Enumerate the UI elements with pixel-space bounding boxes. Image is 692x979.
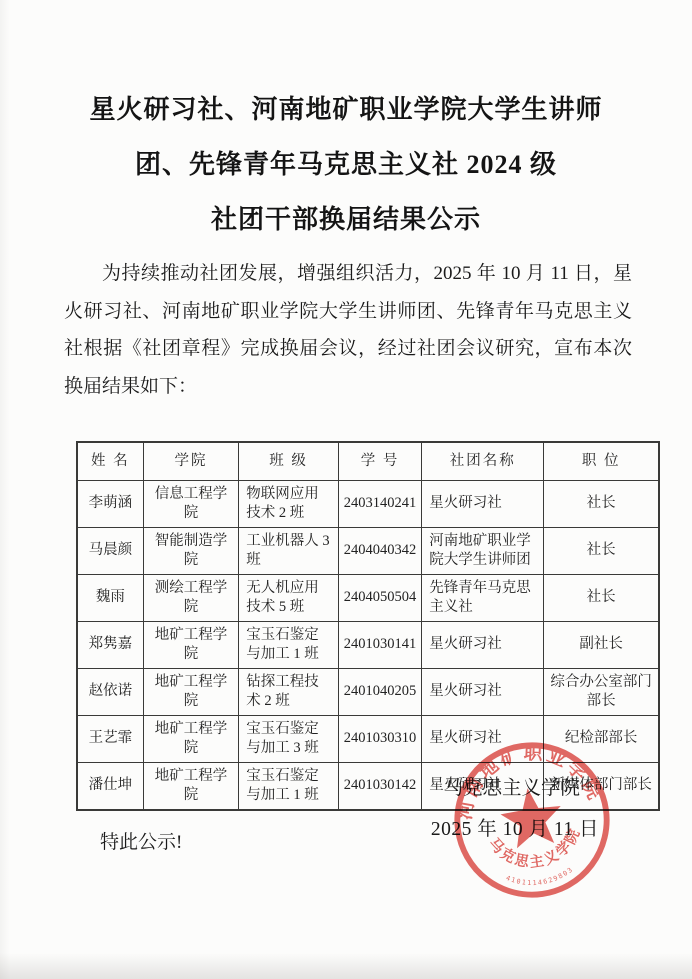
cell-college: 地矿工程学院 (143, 668, 239, 715)
table-row: 马晨颜 智能制造学院 工业机器人 3 班 2404040342 河南地矿职业学院… (77, 527, 659, 574)
table-row: 赵依诺 地矿工程学院 钻探工程技术 2 班 2401040205 星火研习社 综… (77, 668, 659, 715)
title-line-1: 星火研习社、河南地矿职业学院大学生讲师 (0, 82, 692, 137)
scanned-announcement-page: { "document": { "title_lines": [ "星火研习社、… (0, 0, 692, 979)
cell-name: 王艺霏 (77, 715, 143, 762)
cell-club: 星火研习社 (422, 621, 544, 668)
table-row: 李萌涵 信息工程学院 物联网应用技术 2 班 2403140241 星火研习社 … (77, 480, 659, 527)
cell-class: 工业机器人 3 班 (239, 527, 339, 574)
cell-club: 星火研习社 (422, 715, 544, 762)
title-line-3: 社团干部换届结果公示 (0, 192, 692, 247)
cell-position: 副社长 (544, 621, 659, 668)
cell-position: 社长 (544, 527, 659, 574)
cell-student-id: 2401040205 (338, 668, 422, 715)
cell-class: 宝玉石鉴定与加工 1 班 (239, 621, 339, 668)
signature-date: 2025 年 10 月 11 日 (431, 813, 599, 841)
title-line-2: 团、先锋青年马克思主义社 2024 级 (0, 137, 692, 192)
col-header-college: 学院 (143, 442, 239, 480)
cell-college: 地矿工程学院 (143, 715, 239, 762)
table-row: 王艺霏 地矿工程学院 宝玉石鉴定与加工 3 班 2401030310 星火研习社… (77, 715, 659, 762)
col-header-class: 班 级 (239, 442, 339, 480)
cell-class: 宝玉石鉴定与加工 3 班 (239, 715, 339, 762)
svg-text:4101114629803: 4101114629803 (504, 865, 577, 892)
cell-club: 星火研习社 (422, 668, 544, 715)
col-header-club: 社团名称 (422, 442, 544, 480)
cell-class: 钻探工程技术 2 班 (239, 668, 339, 715)
cell-college: 地矿工程学院 (143, 762, 239, 810)
cell-position: 社长 (544, 480, 659, 527)
cell-class: 宝玉石鉴定与加工 1 班 (239, 762, 339, 810)
cell-college: 信息工程学院 (143, 480, 239, 527)
cell-college: 智能制造学院 (143, 527, 239, 574)
cell-student-id: 2403140241 (338, 480, 422, 527)
table-row: 郑隽嘉 地矿工程学院 宝玉石鉴定与加工 1 班 2401030141 星火研习社… (77, 621, 659, 668)
col-header-position: 职 位 (544, 442, 659, 480)
cell-class: 无人机应用技术 5 班 (239, 574, 339, 621)
cell-name: 魏雨 (77, 574, 143, 621)
cell-position: 纪检部部长 (544, 715, 659, 762)
cell-position: 社长 (544, 574, 659, 621)
scan-shadow-bottom (0, 953, 692, 979)
closing-notice: 特此公示! (100, 827, 692, 854)
table-header-row: 姓 名 学院 班 级 学 号 社团名称 职 位 (77, 442, 659, 480)
cell-club: 先锋青年马克思主义社 (422, 574, 544, 621)
seal-number: 4101114629803 (504, 865, 577, 892)
cell-club: 河南地矿职业学院大学生讲师团 (422, 527, 544, 574)
col-header-name: 姓 名 (77, 442, 143, 480)
cell-student-id: 2401030141 (338, 621, 422, 668)
cell-class: 物联网应用技术 2 班 (239, 480, 339, 527)
cell-college: 测绘工程学院 (143, 574, 239, 621)
cell-position: 综合办公室部门部长 (544, 668, 659, 715)
officer-roster-table: 姓 名 学院 班 级 学 号 社团名称 职 位 李萌涵 信息工程学院 物联网应用… (76, 441, 660, 811)
cell-student-id: 2401030310 (338, 715, 422, 762)
cell-student-id: 2401030142 (338, 762, 422, 810)
cell-name: 李萌涵 (77, 480, 143, 527)
cell-club: 星火研习社 (422, 480, 544, 527)
cell-college: 地矿工程学院 (143, 621, 239, 668)
body-paragraph: 为持续推动社团发展，增强组织活力，2025 年 10 月 11 日，星火研习社、… (64, 255, 632, 405)
cell-name: 郑隽嘉 (77, 621, 143, 668)
page-title: 星火研习社、河南地矿职业学院大学生讲师 团、先锋青年马克思主义社 2024 级 … (0, 0, 692, 247)
cell-name: 马晨颜 (77, 527, 143, 574)
cell-name: 潘仕坤 (77, 762, 143, 810)
cell-student-id: 2404050504 (338, 574, 422, 621)
table-row: 魏雨 测绘工程学院 无人机应用技术 5 班 2404050504 先锋青年马克思… (77, 574, 659, 621)
signature-department: 马克思主义学院 (443, 772, 580, 800)
col-header-student-id: 学 号 (338, 442, 422, 480)
cell-name: 赵依诺 (77, 668, 143, 715)
cell-student-id: 2404040342 (338, 527, 422, 574)
